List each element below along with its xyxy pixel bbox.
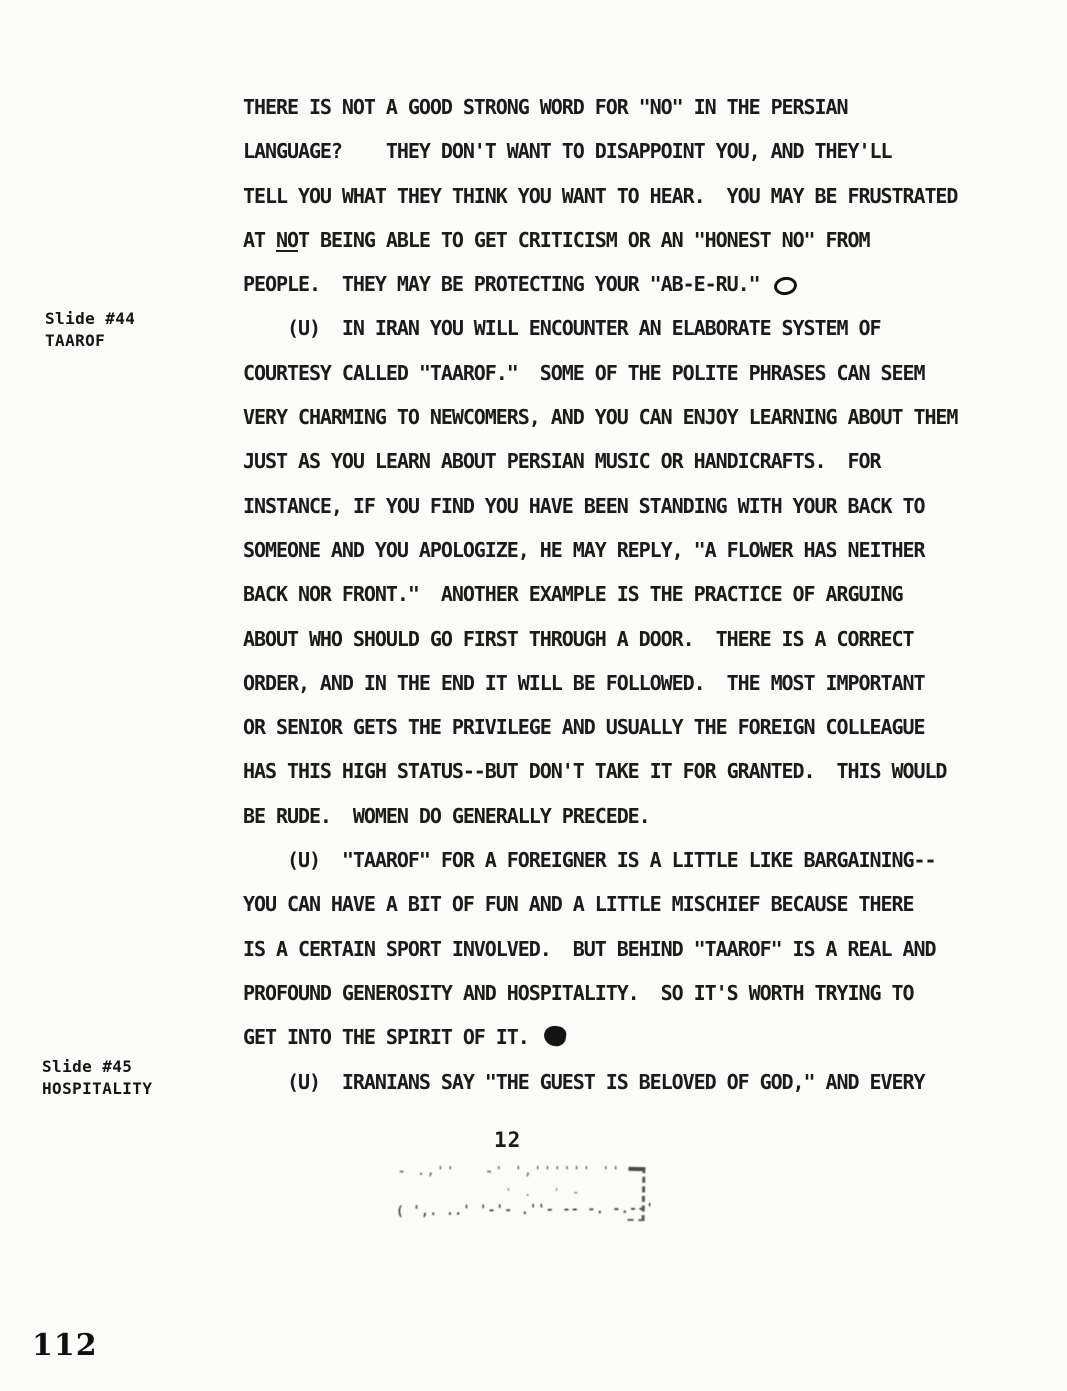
faded-stamp-bracket	[628, 1167, 646, 1221]
slide-number-label: Slide #44	[45, 309, 135, 328]
slide-title-label: HOSPITALITY	[42, 1079, 152, 1098]
body-line: (U) "TAAROF" FOR A FOREIGNER IS A LITTLE…	[243, 838, 957, 882]
body-line: GET INTO THE SPIRIT OF IT.	[243, 1015, 957, 1059]
body-line: THERE IS NOT A GOOD STRONG WORD FOR "NO"…	[243, 85, 957, 129]
body-line: (U) IN IRAN YOU WILL ENCOUNTER AN ELABOR…	[243, 306, 957, 350]
scanned-document-page: THERE IS NOT A GOOD STRONG WORD FOR "NO"…	[0, 0, 1067, 1391]
margin-note-slide-44: Slide #44TAAROF	[45, 308, 135, 352]
body-line: IS A CERTAIN SPORT INVOLVED. BUT BEHIND …	[243, 927, 957, 971]
margin-note-slide-45: Slide #45HOSPITALITY	[42, 1056, 152, 1100]
body-line: BACK NOR FRONT." ANOTHER EXAMPLE IS THE …	[243, 572, 957, 616]
faded-stamp-marks: ( ',. ..' '-'- .''- -- -. -.--'	[396, 1202, 654, 1220]
body-line: BE RUDE. WOMEN DO GENERALLY PRECEDE.	[243, 794, 957, 838]
slide-number-label: Slide #45	[42, 1057, 132, 1076]
body-line: VERY CHARMING TO NEWCOMERS, AND YOU CAN …	[243, 395, 957, 439]
body-line: COURTESY CALLED "TAAROF." SOME OF THE PO…	[243, 351, 957, 395]
body-line: TELL YOU WHAT THEY THINK YOU WANT TO HEA…	[243, 174, 957, 218]
body-line: SOMEONE AND YOU APOLOGIZE, HE MAY REPLY,…	[243, 528, 957, 572]
page-number: 12	[494, 1128, 521, 1152]
body-line: LANGUAGE? THEY DON'T WANT TO DISAPPOINT …	[243, 129, 957, 173]
body-line: INSTANCE, IF YOU FIND YOU HAVE BEEN STAN…	[243, 484, 957, 528]
body-line: PEOPLE. THEY MAY BE PROTECTING YOUR "AB-…	[243, 262, 957, 306]
body-line: ORDER, AND IN THE END IT WILL BE FOLLOWE…	[243, 661, 957, 705]
body-line: (U) IRANIANS SAY "THE GUEST IS BELOVED O…	[243, 1060, 957, 1104]
body-line: ABOUT WHO SHOULD GO FIRST THROUGH A DOOR…	[243, 617, 957, 661]
underlined-word: NO	[276, 228, 298, 252]
body-line: HAS THIS HIGH STATUS--BUT DON'T TAKE IT …	[243, 749, 957, 793]
typewritten-text-block: THERE IS NOT A GOOD STRONG WORD FOR "NO"…	[243, 85, 957, 1104]
body-line: OR SENIOR GETS THE PRIVILEGE AND USUALLY…	[243, 705, 957, 749]
faded-stamp-marks: ' . ' -	[505, 1186, 582, 1199]
folio-number: 112	[32, 1328, 98, 1363]
body-line: PROFOUND GENEROSITY AND HOSPITALITY. SO …	[243, 971, 957, 1015]
body-line: YOU CAN HAVE A BIT OF FUN AND A LITTLE M…	[243, 882, 957, 926]
body-line: JUST AS YOU LEARN ABOUT PERSIAN MUSIC OR…	[243, 439, 957, 483]
body-line: AT NOT BEING ABLE TO GET CRITICISM OR AN…	[243, 218, 957, 262]
faded-stamp-marks: - .,'' -' ','''''' ''	[398, 1164, 622, 1178]
slide-title-label: TAAROF	[45, 331, 105, 350]
